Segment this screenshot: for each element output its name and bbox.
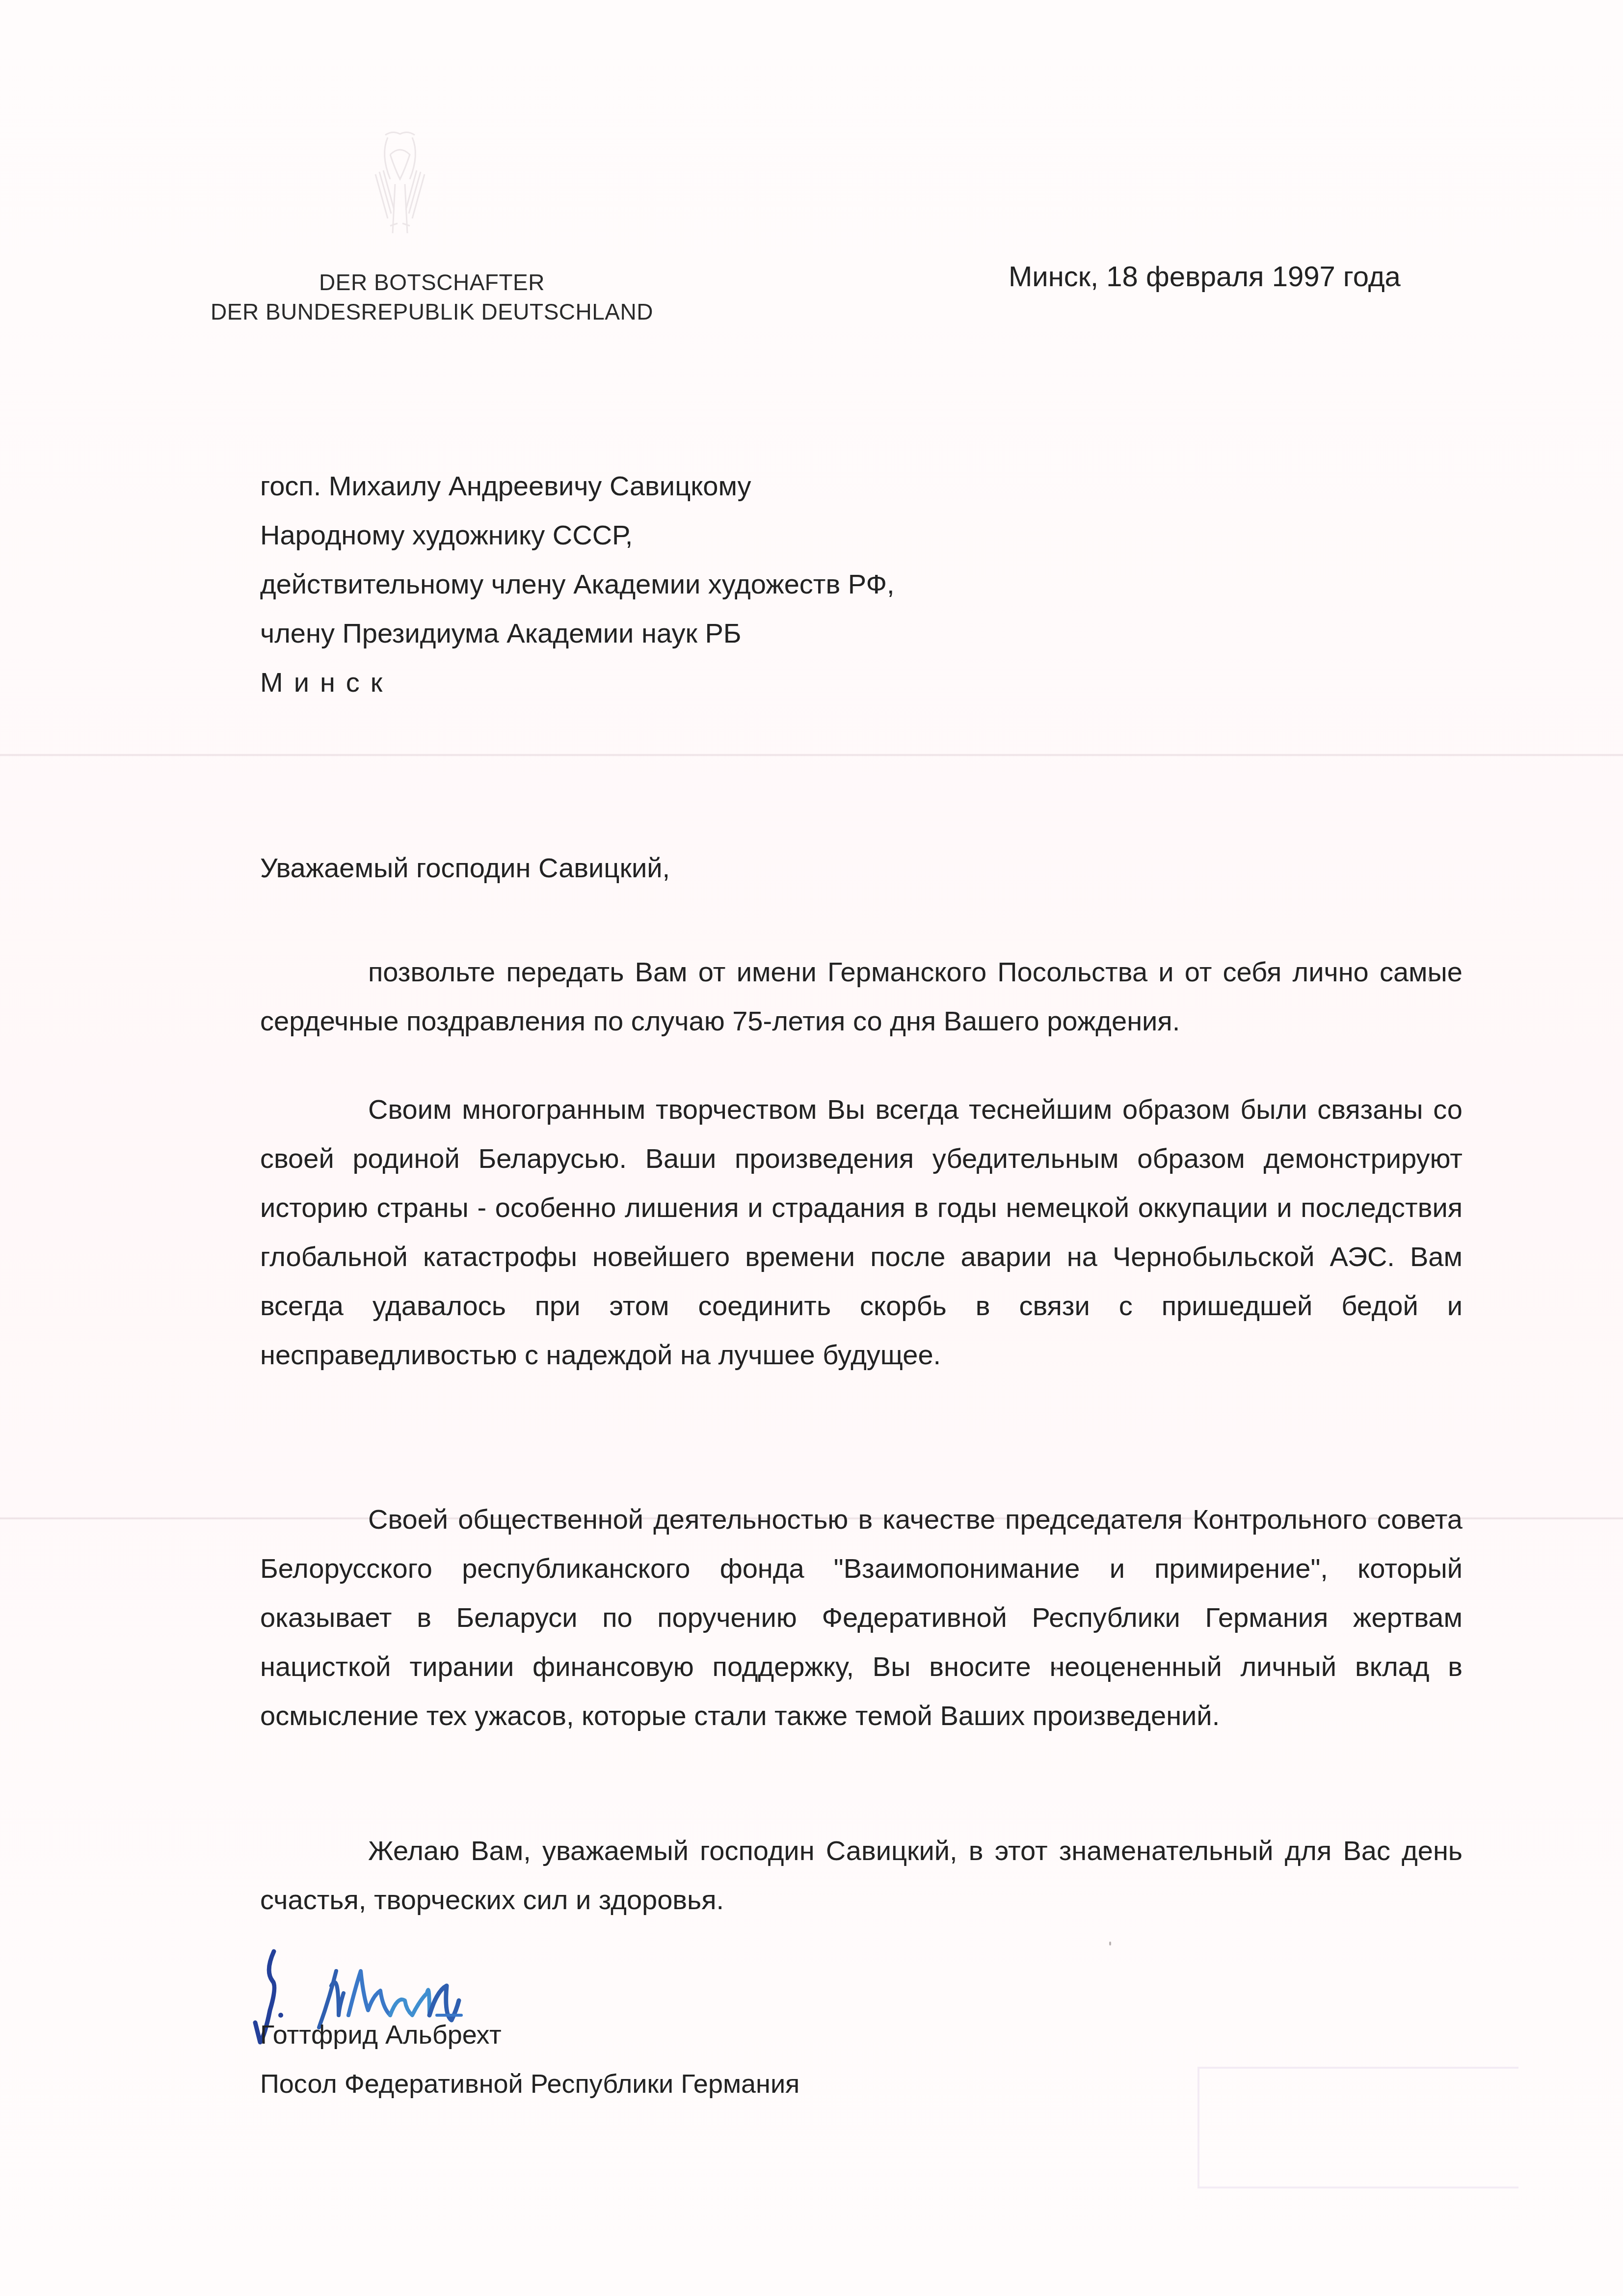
paper-speck <box>1109 1942 1111 1945</box>
recipient-line: члену Президиума Академии наук РБ <box>260 609 895 658</box>
paragraph-text: позвольте передать Вам от имени Германск… <box>260 947 1463 1046</box>
salutation: Уважаемый господин Савицкий, <box>260 852 670 884</box>
letterhead-line-1: DER BOTSCHAFTER <box>186 268 677 297</box>
paragraph-text: Своей общественной деятельностью в качес… <box>260 1495 1463 1740</box>
date-line: Минск, 18 февраля 1997 года <box>1009 260 1401 293</box>
paragraph-2: Своим многогранным творчеством Вы всегда… <box>260 1085 1463 1379</box>
paper-speck <box>1428 977 1430 981</box>
paragraph-3: Своей общественной деятельностью в качес… <box>260 1495 1463 1740</box>
letterhead: DER BOTSCHAFTER DER BUNDESREPUBLIK DEUTS… <box>186 268 677 326</box>
paper-speck <box>1055 1667 1057 1671</box>
paper-fold-line <box>0 754 1623 756</box>
signer-name: Готтфрид Альбрехт <box>260 2010 799 2059</box>
paragraph-text: Желаю Вам, уважаемый господин Савицкий, … <box>260 1826 1463 1924</box>
recipient-address: госп. Михаилу Андреевичу Савицкому Народ… <box>260 461 895 707</box>
paragraph-4: Желаю Вам, уважаемый господин Савицкий, … <box>260 1826 1463 1924</box>
letter-page: DER BOTSCHAFTER DER BUNDESREPUBLIK DEUTS… <box>0 0 1623 2296</box>
faint-stamp-bleedthrough <box>1197 2067 1518 2188</box>
recipient-line: госп. Михаилу Андреевичу Савицкому <box>260 461 895 511</box>
signer-title: Посол Федеративной Республики Германия <box>260 2059 799 2108</box>
recipient-line: Народному художнику СССР, <box>260 511 895 560</box>
letterhead-line-2: DER BUNDESREPUBLIK DEUTSCHLAND <box>186 297 677 326</box>
paragraph-1: позвольте передать Вам от имени Германск… <box>260 947 1463 1046</box>
paragraph-text: Своим многогранным творчеством Вы всегда… <box>260 1085 1463 1379</box>
federal-eagle-embossed-icon <box>366 125 434 243</box>
recipient-line: действительному члену Академии художеств… <box>260 560 895 609</box>
recipient-city: Минск <box>260 658 895 707</box>
signer-block: Готтфрид Альбрехт Посол Федеративной Рес… <box>260 2010 799 2108</box>
